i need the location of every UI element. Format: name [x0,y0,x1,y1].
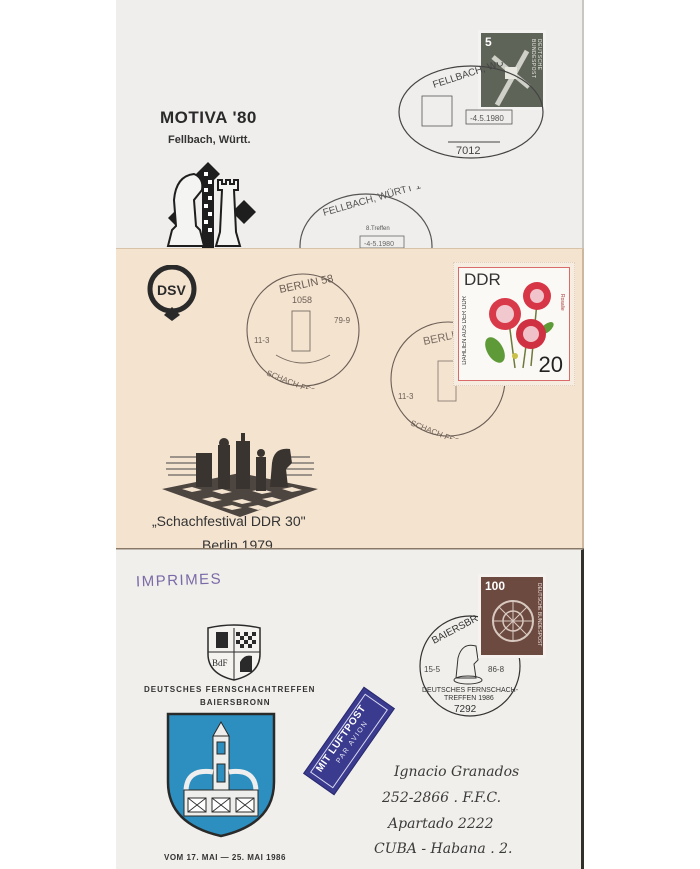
imprimes-cachet: IMPRIMES [136,571,223,591]
chess-pieces-board-logo [162,433,318,517]
svg-text:8.Treffen: 8.Treffen [366,226,390,232]
address-line-3: Apartado 2222 [388,816,494,832]
stamp-side-text: DAHLIEN AUS DER DDR [462,296,468,365]
baiersbronn-coat-of-arms [166,712,276,838]
svg-text:DSV: DSV [157,282,186,298]
dahlia-flowers-icon [475,278,559,370]
svg-text:11-3: 11-3 [254,336,270,345]
event-dates: VOM 17. MAI — 25. MAI 1986 [164,853,286,862]
svg-text:1058: 1058 [292,295,312,305]
cover-fernschachtreffen-baiersbronn: IMPRIMES BdF DEUTSCHES FERNSCHACHTREFFEN… [116,549,584,869]
cover-subtitle: Fellbach, Württ. [168,134,251,146]
svg-text:11-3: 11-3 [398,392,414,401]
event-location: BAIERSBRONN [200,698,271,707]
svg-text:7292: 7292 [454,704,477,715]
svg-text:FELLBACH, WÜRTT 1: FELLBACH, WÜRTT 1 [322,186,423,219]
stamp-100-excavator: 100 DEUTSCHE BUNDESPOST [478,574,546,658]
svg-text:BdF: BdF [212,658,228,668]
dsv-emblem: DSV [146,265,198,321]
stamp-value: 100 [485,579,505,593]
cover-subtitle: Berlin 1979 [202,537,273,548]
stamp-ddr-20-dahlia: DDR DAHLIEN AUS DER DDR Rosalie 20 [453,262,575,386]
svg-text:SCHACH-FESTIVAL-DDR 30: SCHACH-FESTIVAL-DDR 30 [265,369,362,389]
svg-text:-4-5.1980: -4-5.1980 [364,241,394,248]
address-line-2: 252-2866 . F.F.C. [382,790,501,806]
chess-knight-rook-logo [158,160,268,248]
cover-title: MOTIVA '80 [160,108,257,128]
svg-text:TREFFEN 1986: TREFFEN 1986 [444,695,494,702]
cover-motiva-80: MOTIVA '80 Fellbach, Württ. 5 DEUTSCHE B… [116,0,584,248]
svg-text:15-5: 15-5 [424,665,441,674]
bdf-chess-crest: BdF [206,624,262,682]
stamp-flower-name: Rosalie [559,294,565,311]
event-title: DEUTSCHES FERNSCHACHTREFFEN [144,685,315,694]
airmail-label: MIT LUFTPOST PAR AVION [303,687,395,796]
svg-text:79-9: 79-9 [334,316,351,325]
svg-text:86-8: 86-8 [488,665,505,674]
address-line-1: Ignacio Granados [394,764,519,780]
svg-text:BAIERSBR: BAIERSBR [430,614,480,647]
address-line-4: CUBA - Habana . 2. [374,841,512,857]
cover-title: „Schachfestival DDR 30" [152,513,306,529]
postmark-berlin-1: BERLIN 58 1058 11-3 79-9 SCHACH-FESTIVAL… [244,271,362,389]
svg-text:DEUTSCHES FERNSCHACH-: DEUTSCHES FERNSCHACH- [422,687,519,694]
svg-text:SCHACH-FESTIVAL-DDR 30: SCHACH-FESTIVAL-DDR 30 [409,419,508,439]
svg-text:7012: 7012 [456,145,480,157]
postmark-fellbach-oval: FELLBACH, WÜ -4.5.1980 7012 [396,62,546,162]
svg-text:-4.5.1980: -4.5.1980 [470,114,504,123]
postmark-fellbach-8-treffen: FELLBACH, WÜRTT 1 8.Treffen -4-5.1980 [296,186,436,248]
excavator-wheel-icon [487,595,537,649]
cover-schachfestival-ddr-30: DSV BERLIN 58 1058 11-3 79-9 SCHACH-FEST… [116,248,584,548]
